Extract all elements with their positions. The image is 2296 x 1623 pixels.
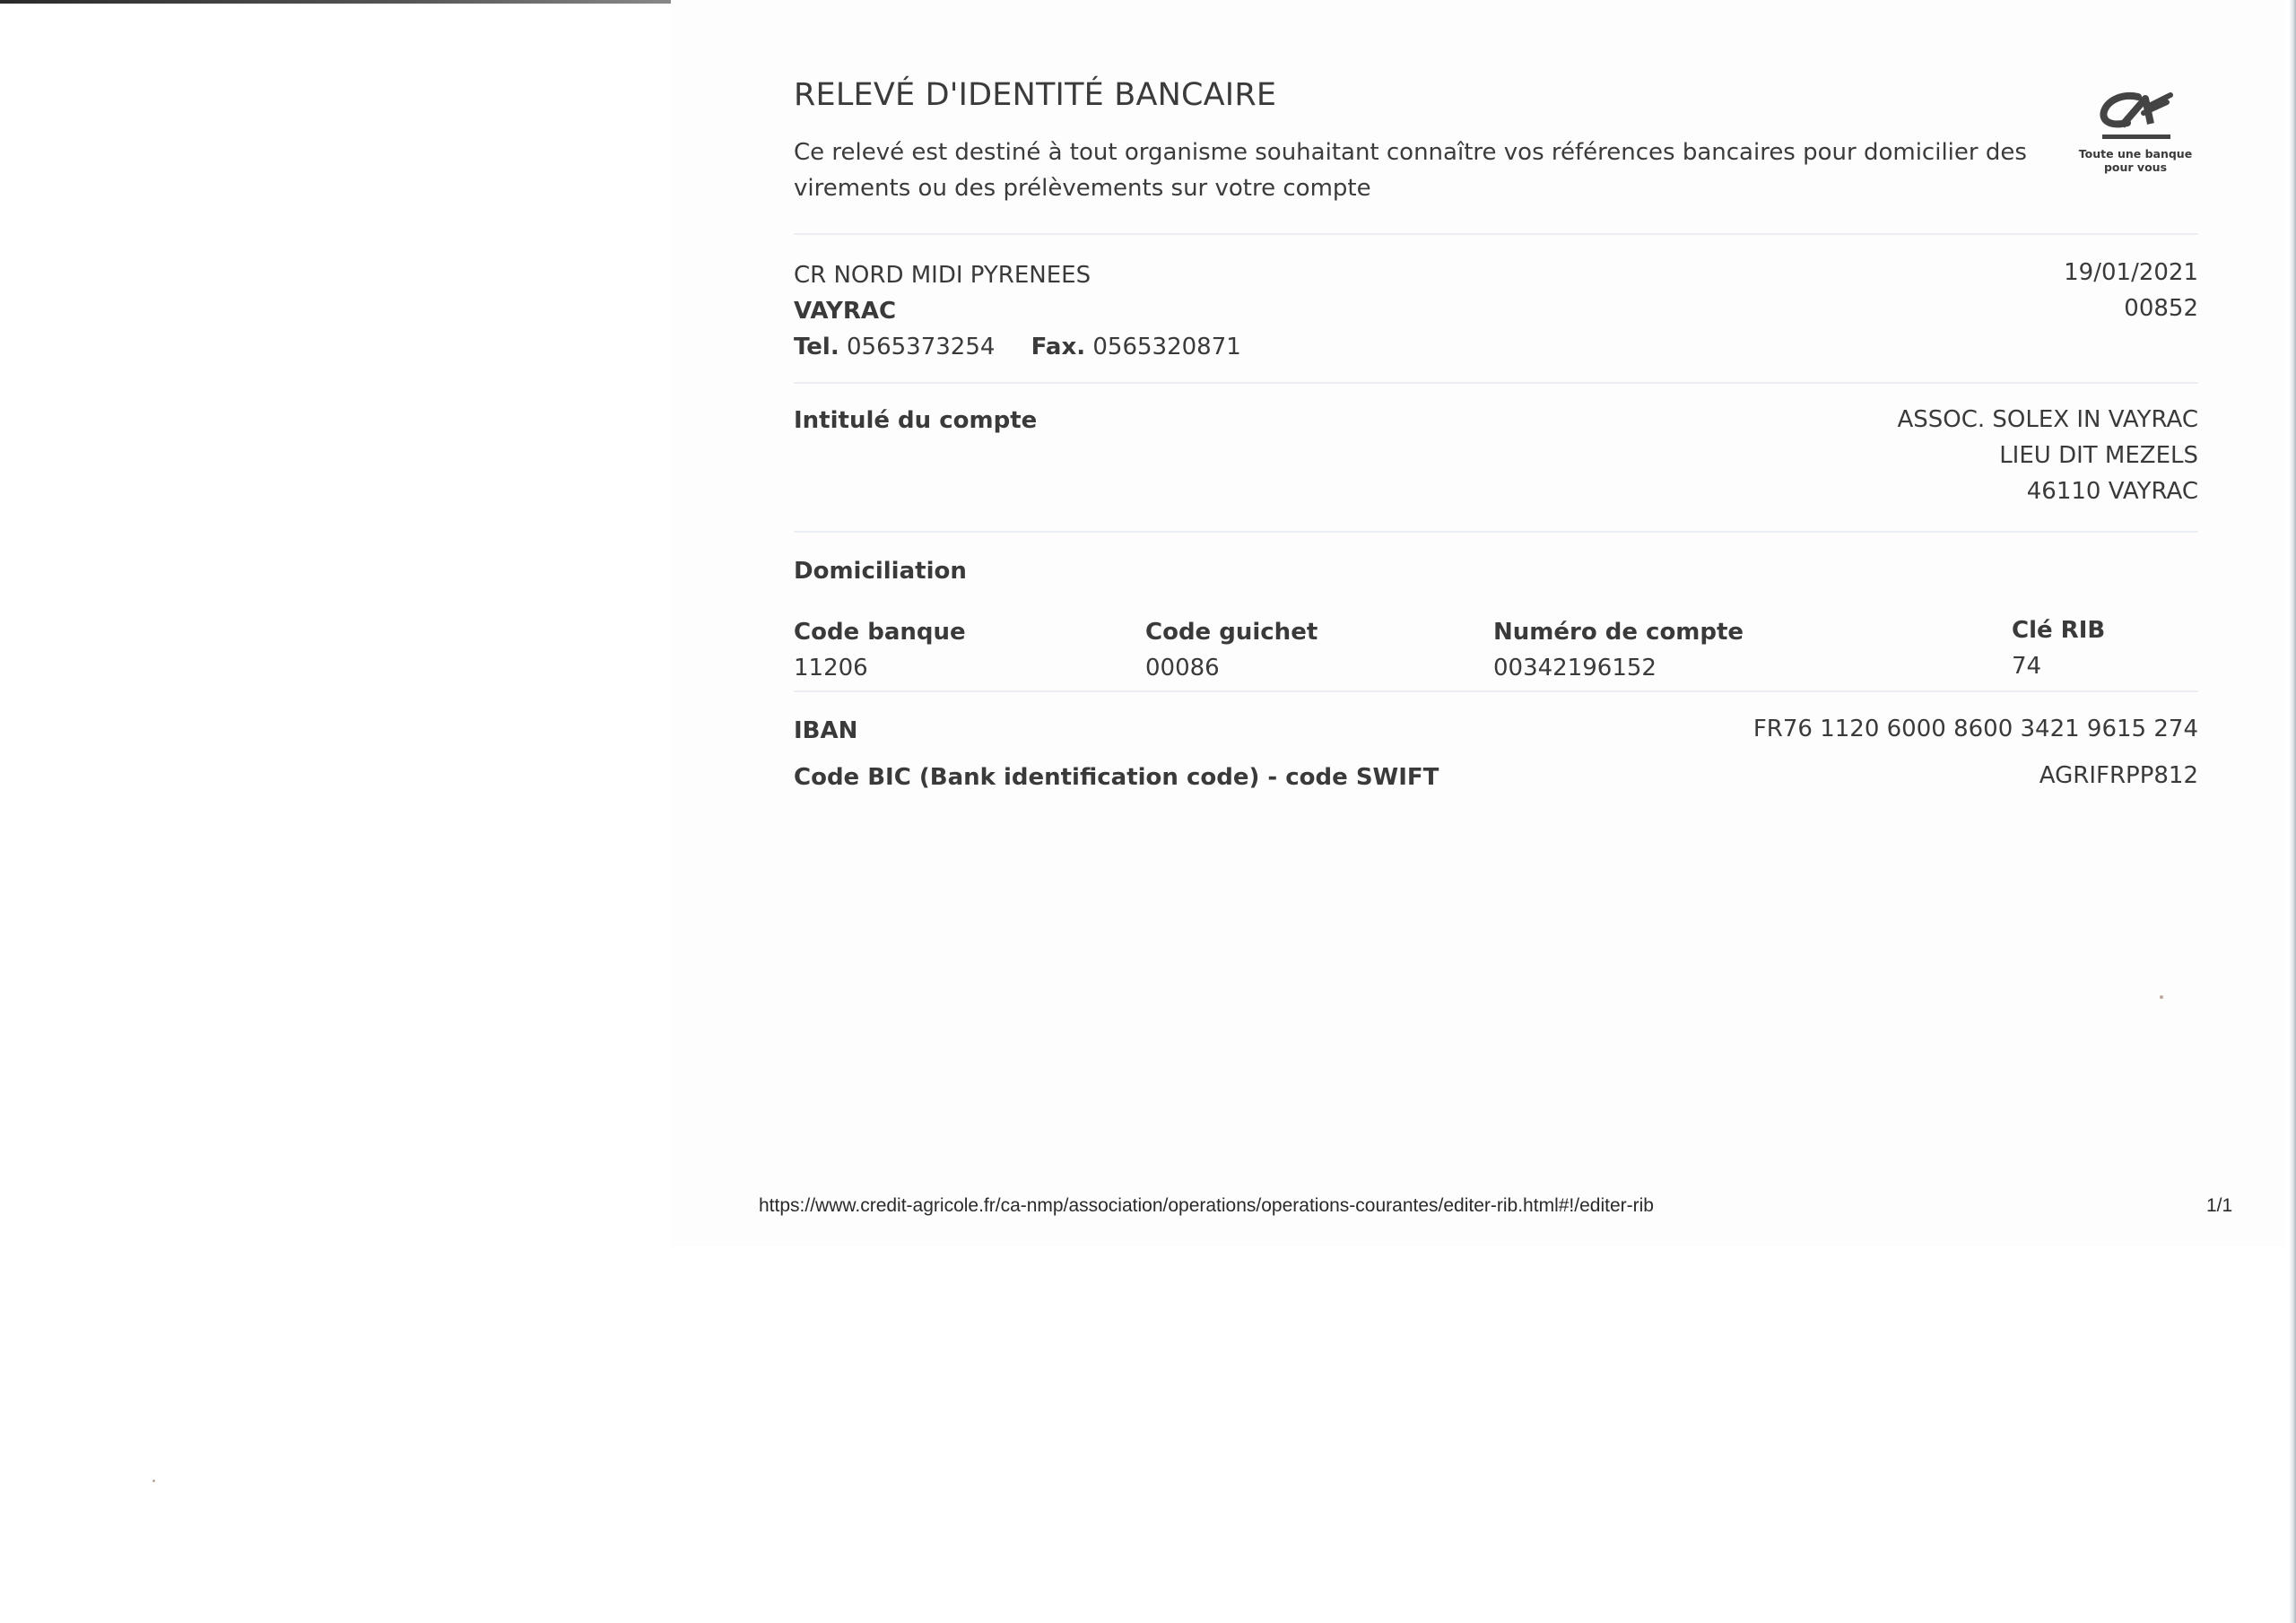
iban-label: IBAN xyxy=(794,717,857,744)
account-number-label: Numéro de compte xyxy=(1493,614,1744,650)
tel-label: Tel. xyxy=(794,334,839,360)
tel-value: 0565373254 xyxy=(847,334,995,360)
document-meta: 19/01/2021 00852 xyxy=(2064,255,2198,326)
account-holder: ASSOC. SOLEX IN VAYRAC LIEU DIT MEZELS 4… xyxy=(1897,402,2198,509)
fax-label: Fax. xyxy=(1031,334,1085,360)
branch-info: CR NORD MIDI PYRENEES VAYRAC Tel. 056537… xyxy=(794,257,1241,365)
code-guichet-label: Code guichet xyxy=(1145,614,1318,650)
divider xyxy=(794,382,2198,384)
account-number-field: Numéro de compte 00342196152 xyxy=(1493,614,1744,686)
document-date: 19/01/2021 xyxy=(2064,255,2198,291)
iban-value: FR76 1120 6000 8600 3421 9615 274 xyxy=(1753,716,2198,742)
branch-contact: Tel. 0565373254 Fax. 0565320871 xyxy=(794,329,1241,365)
cle-rib-field: Clé RIB 74 xyxy=(2012,612,2105,684)
code-banque-value: 11206 xyxy=(794,650,966,686)
bic-label: Code BIC (Bank identification code) - co… xyxy=(794,764,1439,791)
page-number: 1/1 xyxy=(2206,1195,2232,1217)
logo-tagline: Toute une banque pour vous xyxy=(2073,147,2198,174)
branch-name: CR NORD MIDI PYRENEES xyxy=(794,257,1241,293)
page-title: RELEVÉ D'IDENTITÉ BANCAIRE xyxy=(794,77,1276,113)
code-banque-label: Code banque xyxy=(794,614,966,650)
account-holder-line: 46110 VAYRAC xyxy=(1897,473,2198,509)
divider xyxy=(794,233,2198,235)
document-reference: 00852 xyxy=(2064,291,2198,326)
scan-speck xyxy=(2160,995,2163,999)
divider xyxy=(794,690,2198,692)
scan-edge-artifact xyxy=(0,0,671,4)
account-holder-line: ASSOC. SOLEX IN VAYRAC xyxy=(1897,402,2198,438)
code-guichet-value: 00086 xyxy=(1145,650,1318,686)
domiciliation-label: Domiciliation xyxy=(794,558,967,585)
account-title-label: Intitulé du compte xyxy=(794,407,1037,434)
fax-value: 0565320871 xyxy=(1092,334,1240,360)
cle-rib-label: Clé RIB xyxy=(2012,612,2105,648)
bic-value: AGRIFRPP812 xyxy=(2039,762,2198,789)
page-description: Ce relevé est destiné à tout organisme s… xyxy=(794,135,2067,206)
bank-logo: Toute une banque pour vous xyxy=(2073,90,2198,188)
footer-url: https://www.credit-agricole.fr/ca-nmp/as… xyxy=(759,1195,1654,1217)
divider xyxy=(794,531,2198,533)
account-number-value: 00342196152 xyxy=(1493,650,1744,686)
branch-agency: VAYRAC xyxy=(794,293,1241,329)
credit-agricole-logo-icon xyxy=(2095,90,2176,142)
account-holder-line: LIEU DIT MEZELS xyxy=(1897,438,2198,473)
cle-rib-value: 74 xyxy=(2012,648,2105,684)
scan-edge-artifact xyxy=(2289,0,2296,1623)
scan-speck xyxy=(152,1480,155,1482)
code-banque-field: Code banque 11206 xyxy=(794,614,966,686)
code-guichet-field: Code guichet 00086 xyxy=(1145,614,1318,686)
